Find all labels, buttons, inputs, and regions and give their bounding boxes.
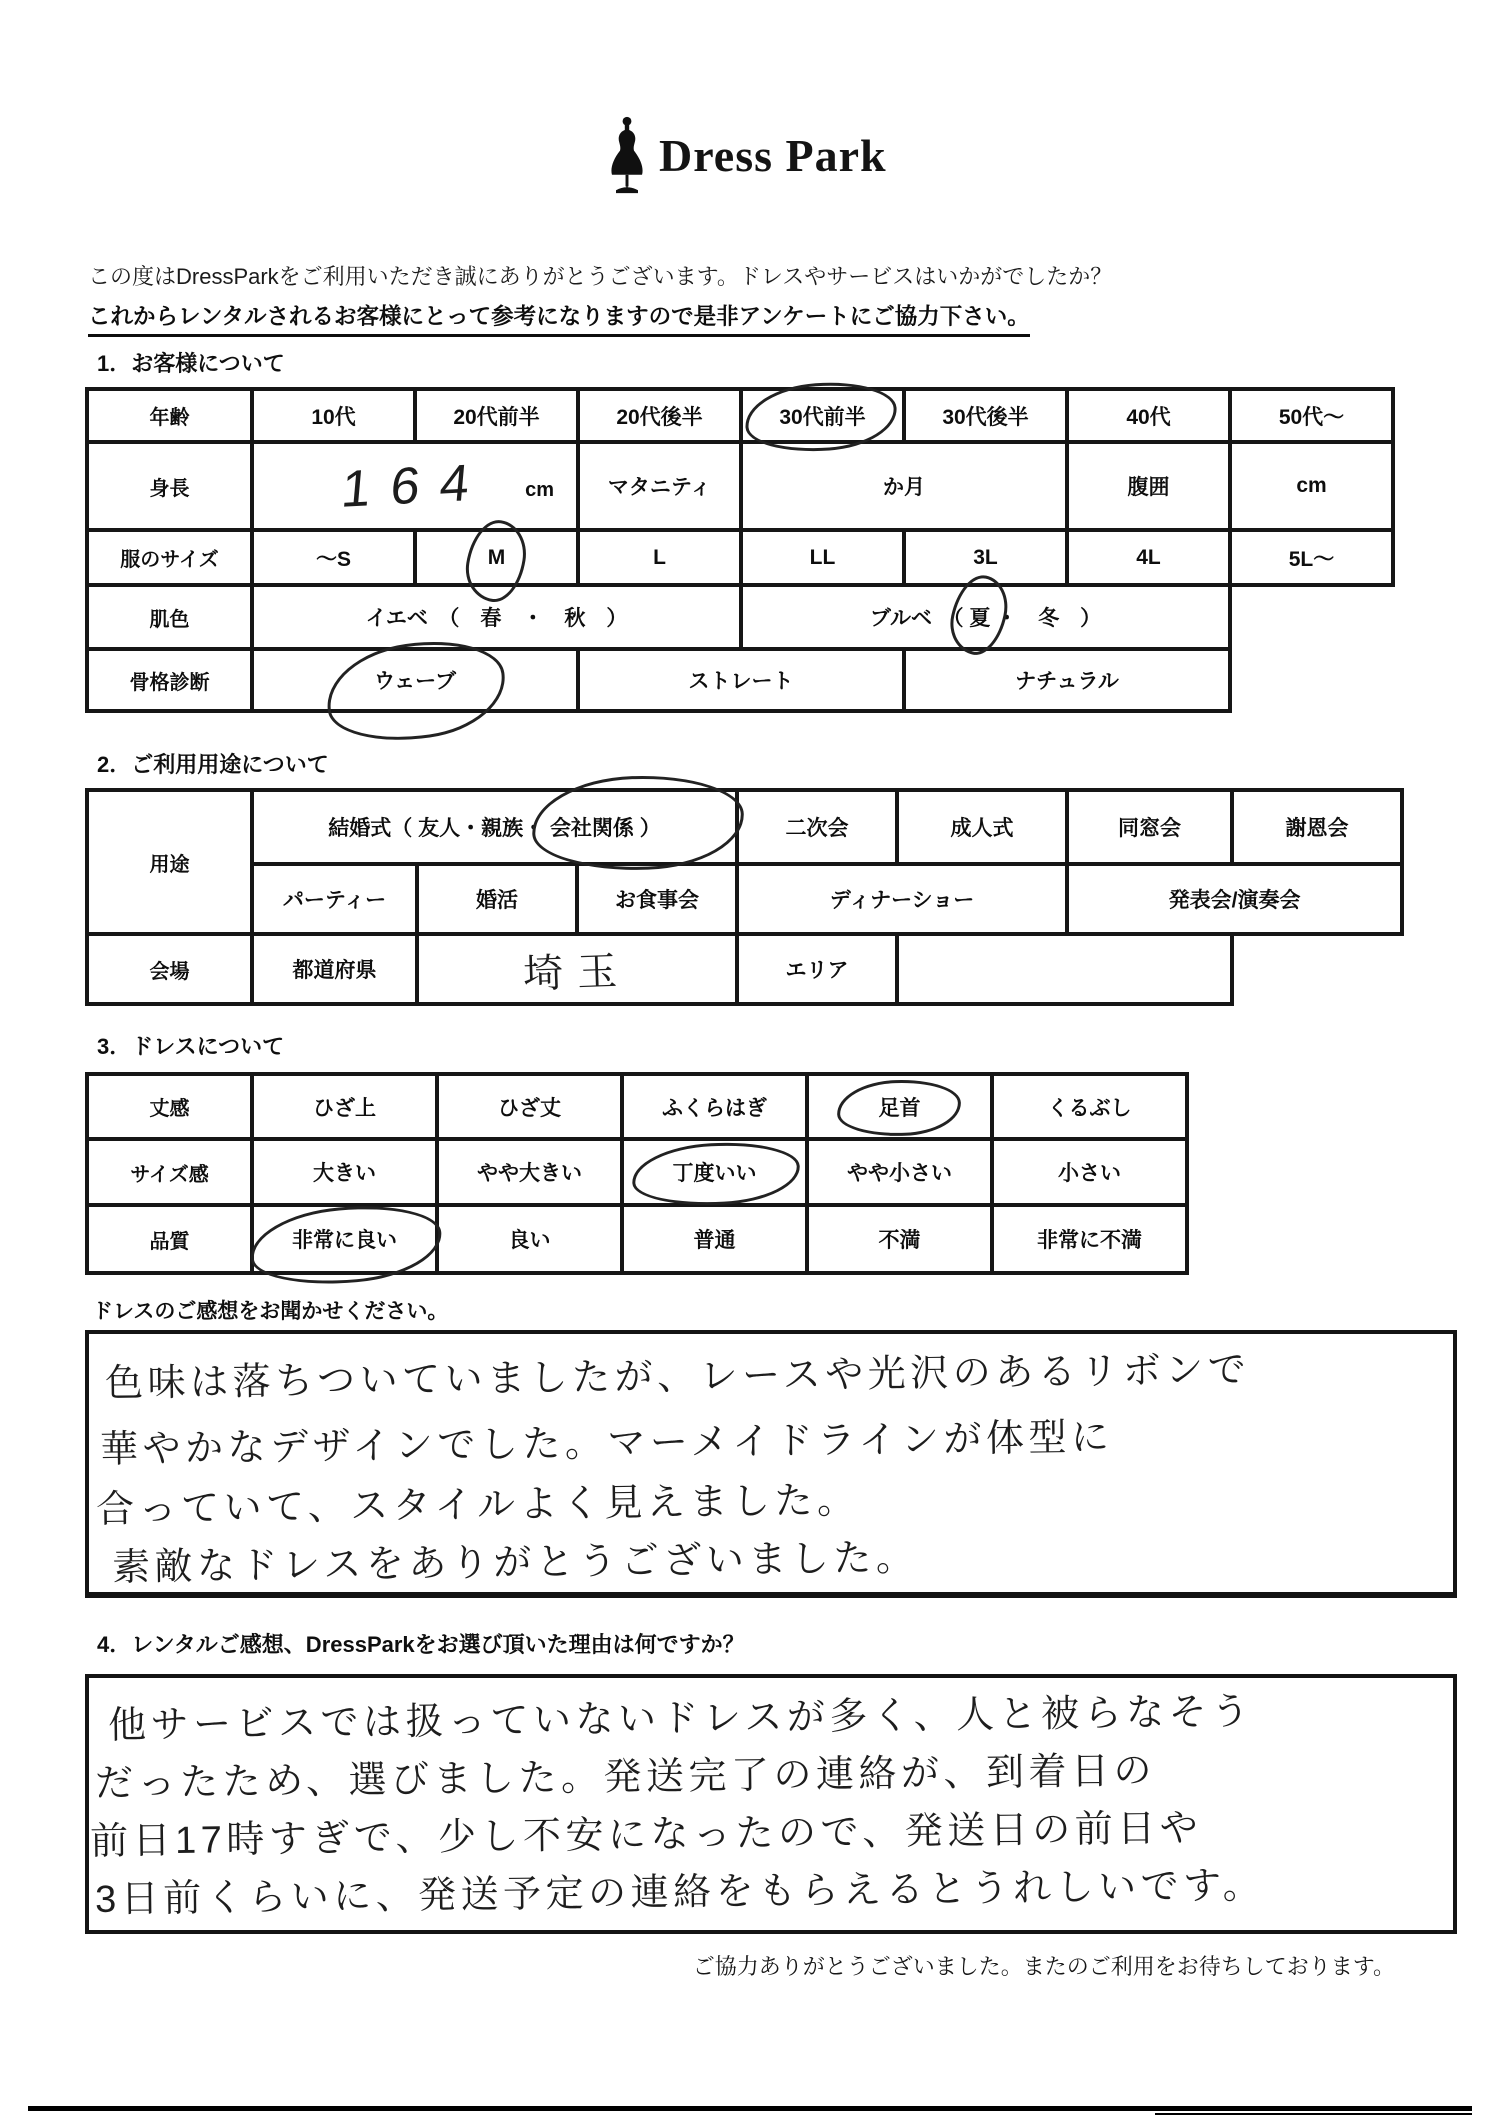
- quality-option: 良い: [437, 1205, 622, 1273]
- skeleton-label: 骨格診断: [87, 649, 252, 711]
- skeleton-row: 骨格診断 ウェーブ ストレート ナチュラル: [87, 649, 1393, 711]
- purpose-option: 発表会/演奏会: [1067, 864, 1402, 934]
- purpose-option: ディナーショー: [737, 864, 1067, 934]
- wedding-selected: 会社関係: [550, 817, 634, 840]
- purpose-option: 成人式: [897, 790, 1067, 864]
- dress-mannequin-icon: [605, 116, 649, 194]
- length-option: ひざ上: [252, 1074, 437, 1139]
- purpose-option: 二次会: [737, 790, 897, 864]
- skin-blue-selected: 夏: [969, 607, 990, 630]
- closing-text: ご協力ありがとうございました。またのご利用をお待ちしております。: [85, 1950, 1395, 1981]
- age-row: 年齢 10代 20代前半 20代後半 30代前半 30代後半 40代 50代～: [87, 389, 1393, 442]
- quality-label: 品質: [87, 1205, 252, 1273]
- size-option: 3L: [904, 530, 1067, 585]
- size-option: L: [578, 530, 741, 585]
- skeleton-option-selected: ウェーブ: [252, 649, 578, 711]
- section4-heading: 4．レンタルご感想、DressParkをお選び頂いた理由は何ですか？: [97, 1628, 745, 1659]
- customer-table: 年齢 10代 20代前半 20代後半 30代前半 30代後半 40代 50代～ …: [85, 387, 1395, 713]
- venue-row: 会場 都道府県 埼玉 エリア: [87, 934, 1402, 1004]
- fit-option-label: 丁度いい: [673, 1162, 757, 1185]
- wedding-selected-wrap: 会社関係: [550, 812, 634, 842]
- fit-option: 小さい: [992, 1139, 1187, 1205]
- size-option-selected: M: [415, 530, 578, 585]
- size-option: 5L～: [1230, 530, 1393, 585]
- age-option-label: 30代前半: [779, 406, 865, 429]
- fit-option: やや小さい: [807, 1139, 992, 1205]
- venue-label: 会場: [87, 934, 252, 1004]
- fit-row: サイズ感 大きい やや大きい 丁度いい やや小さい 小さい: [87, 1139, 1187, 1205]
- maternity-label: マタニティ: [578, 442, 741, 530]
- quality-option: 普通: [622, 1205, 807, 1273]
- area-value-cell: [897, 934, 1232, 1004]
- dress-feedback-line: 合っていて、スタイルよく見えました。: [96, 1469, 860, 1533]
- length-option-selected: 足首: [807, 1074, 992, 1139]
- quality-option: 不満: [807, 1205, 992, 1273]
- length-label: 丈感: [87, 1074, 252, 1139]
- fit-option: やや大きい: [437, 1139, 622, 1205]
- section1-heading: 1．お客様について: [97, 347, 285, 378]
- fit-option: 大きい: [252, 1139, 437, 1205]
- size-label: 服のサイズ: [87, 530, 252, 585]
- quality-row: 品質 非常に良い 良い 普通 不満 非常に不満: [87, 1205, 1187, 1273]
- purpose-option: 同窓会: [1067, 790, 1232, 864]
- purpose-label: 用途: [87, 790, 252, 934]
- brand-logo: Dress Park: [605, 116, 887, 194]
- skin-blue-base-cell: ブルベ （ 夏 ・ 冬 ）: [741, 585, 1230, 649]
- skin-blue-selected-wrap: 夏: [969, 602, 990, 632]
- intro-request-text: これからレンタルされるお客様にとって参考になりますので是非アンケートにご協力下さ…: [88, 299, 1030, 337]
- skin-tone-label: 肌色: [87, 585, 252, 649]
- size-row: 服のサイズ ～S M L LL 3L 4L 5L～: [87, 530, 1393, 585]
- skin-blue-suffix: ・ 冬 ）: [996, 607, 1101, 630]
- intro-text: この度はDressParkをご利用いただき誠にありがとうございます。ドレスやサー…: [88, 260, 1112, 291]
- skin-blue-prefix: ブルベ （: [870, 607, 964, 630]
- length-option: ふくらはぎ: [622, 1074, 807, 1139]
- wedding-suffix: ）: [640, 817, 661, 840]
- height-unit: cm: [525, 479, 554, 502]
- survey-form-page: Dress Park この度はDressParkをご利用いただき誠にありがとうご…: [0, 0, 1500, 2127]
- quality-option: 非常に不満: [992, 1205, 1187, 1273]
- maternity-months-cell: か月: [741, 442, 1067, 530]
- size-option: LL: [741, 530, 904, 585]
- brand-name: Dress Park: [659, 129, 887, 182]
- skeleton-option-label: ウェーブ: [374, 670, 456, 693]
- height-label: 身長: [87, 442, 252, 530]
- dress-feedback-prompt: ドレスのご感想をお聞かせください。: [92, 1295, 448, 1325]
- purpose-option: お食事会: [577, 864, 737, 934]
- size-option: 4L: [1067, 530, 1230, 585]
- age-option: 10代: [252, 389, 415, 442]
- waist-unit: cm: [1230, 442, 1393, 530]
- age-label: 年齢: [87, 389, 252, 442]
- prefecture-handwritten: 埼玉: [522, 939, 632, 1000]
- skeleton-option: ナチュラル: [904, 649, 1230, 711]
- height-row: 身長 164 cm マタニティ か月 腹囲 cm: [87, 442, 1393, 530]
- purpose-option: 謝恩会: [1232, 790, 1402, 864]
- section3-heading: 3．ドレスについて: [97, 1030, 284, 1061]
- age-option: 50代～: [1230, 389, 1393, 442]
- size-option-label: M: [488, 546, 506, 569]
- age-option: 30代後半: [904, 389, 1067, 442]
- purpose-option: パーティー: [252, 864, 417, 934]
- age-option: 20代前半: [415, 389, 578, 442]
- fit-label: サイズ感: [87, 1139, 252, 1205]
- purpose-wedding-cell: 結婚式（ 友人・親族・ 会社関係 ）: [252, 790, 737, 864]
- bottom-divider-artifact: [1155, 2113, 1472, 2115]
- skeleton-option: ストレート: [578, 649, 904, 711]
- prefecture-label: 都道府県: [252, 934, 417, 1004]
- age-option-selected: 30代前半: [741, 389, 904, 442]
- waist-label: 腹囲: [1067, 442, 1230, 530]
- height-value-handwritten: 164: [339, 452, 492, 520]
- size-option: ～S: [252, 530, 415, 585]
- area-label: エリア: [737, 934, 897, 1004]
- prefecture-value-cell: 埼玉: [417, 934, 737, 1004]
- quality-option-selected: 非常に良い: [252, 1205, 437, 1273]
- fit-option-selected: 丁度いい: [622, 1139, 807, 1205]
- length-row: 丈感 ひざ上 ひざ丈 ふくらはぎ 足首 くるぶし: [87, 1074, 1187, 1139]
- dress-table: 丈感 ひざ上 ひざ丈 ふくらはぎ 足首 くるぶし サイズ感 大きい やや大きい …: [85, 1072, 1189, 1275]
- length-option-label: 足首: [879, 1097, 921, 1120]
- quality-option-label: 非常に良い: [292, 1229, 397, 1252]
- age-option: 40代: [1067, 389, 1230, 442]
- skin-tone-row: 肌色 イエベ （ 春 ・ 秋 ） ブルベ （ 夏 ・ 冬 ）: [87, 585, 1393, 649]
- purpose-option: 婚活: [417, 864, 577, 934]
- length-option: くるぶし: [992, 1074, 1187, 1139]
- skin-yellow-base-cell: イエベ （ 春 ・ 秋 ）: [252, 585, 741, 649]
- height-value-cell: 164 cm: [252, 442, 578, 530]
- section2-heading: 2．ご利用用途について: [97, 748, 329, 779]
- bottom-divider: [28, 2106, 1472, 2111]
- dress-feedback-line: 素敵なドレスをありがとうございました。: [112, 1526, 919, 1591]
- purpose-row-1: 用途 結婚式（ 友人・親族・ 会社関係 ） 二次会 成人式 同窓会 謝恩会: [87, 790, 1402, 864]
- purpose-table: 用途 結婚式（ 友人・親族・ 会社関係 ） 二次会 成人式 同窓会 謝恩会 パー…: [85, 788, 1404, 1006]
- age-option: 20代後半: [578, 389, 741, 442]
- purpose-row-2: パーティー 婚活 お食事会 ディナーショー 発表会/演奏会: [87, 864, 1402, 934]
- wedding-prefix: 結婚式（ 友人・親族・: [328, 817, 544, 840]
- length-option: ひざ丈: [437, 1074, 622, 1139]
